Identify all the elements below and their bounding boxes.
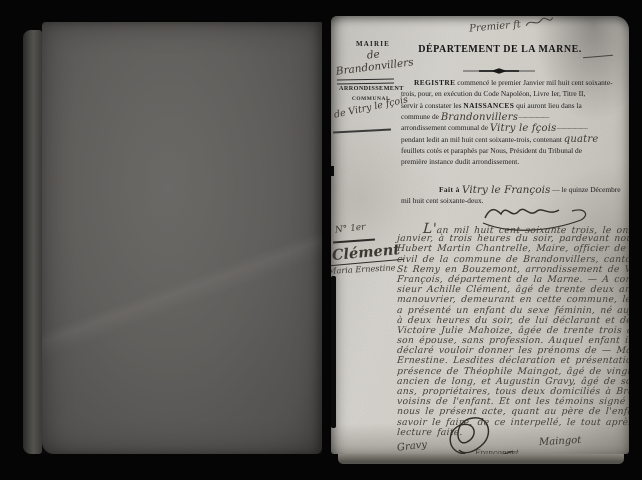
gutter-ink-mark [331, 166, 334, 176]
scanned-register-page: Premier ft MAIRIE de Brandonvillers ARRO… [0, 0, 642, 480]
register-line: arrondissement communal de Vitry le fçoi… [401, 122, 629, 133]
register-line: servir à constater les NAISSANCES qui au… [401, 100, 629, 111]
signature-witness-right: Maingot [539, 435, 582, 448]
fait-line-2: mil huit cent soixante-deux. [401, 196, 484, 205]
folio-note-handwritten: Premier ft [469, 16, 555, 35]
register-line: REGISTRE commencé le premier Janvier mil… [401, 77, 629, 88]
register-line: première instance dudit arrondissement. [401, 156, 629, 167]
register-line: trois, pour, en exécution du Code Napolé… [401, 88, 629, 99]
act-number-underline [333, 239, 375, 244]
margin-flourish-rule [333, 128, 391, 133]
act-number: N° 1er [335, 222, 366, 235]
arrondissement-label: ARRONDISSEMENT [339, 85, 403, 92]
left-blank-page [42, 22, 322, 454]
register-line: feuillets cotés et paraphés par Nous, Pr… [401, 145, 629, 156]
page-title: DÉPARTEMENT DE LA MARNE. [411, 44, 589, 55]
book-spine-edge [23, 30, 42, 454]
commune-handwritten: de Brandonvillers [331, 44, 418, 78]
act-margin-firstnames: Maria Ernestine [331, 262, 396, 276]
folio-note-flourish-icon [523, 16, 554, 30]
register-line: pendant ledit an mil huit cent soixante-… [401, 134, 629, 145]
ornament-divider-icon [461, 67, 537, 75]
signature-witness-left: Gravy [396, 439, 427, 454]
margin-divider [337, 79, 394, 85]
register-paragraph: REGISTRE commencé le premier Janvier mil… [401, 77, 629, 168]
act-body-handwritten: L'an mil huit cent soixante trois, le on… [397, 224, 629, 438]
title-dash [583, 55, 613, 59]
act-body-line: manouvrier, demeurant en cette commune, … [397, 295, 629, 305]
signature-center: Franconnet [475, 448, 519, 454]
register-line: commune de Brandonvillers ————— [401, 111, 629, 122]
folio-note-text: Premier ft [469, 19, 521, 34]
register-recto-page: Premier ft MAIRIE de Brandonvillers ARRO… [331, 16, 629, 454]
gutter-shadow-bar [331, 276, 336, 428]
fait-line: Fait à Vitry le François — le quinze Déc… [401, 183, 621, 195]
paper-grain [42, 22, 322, 454]
